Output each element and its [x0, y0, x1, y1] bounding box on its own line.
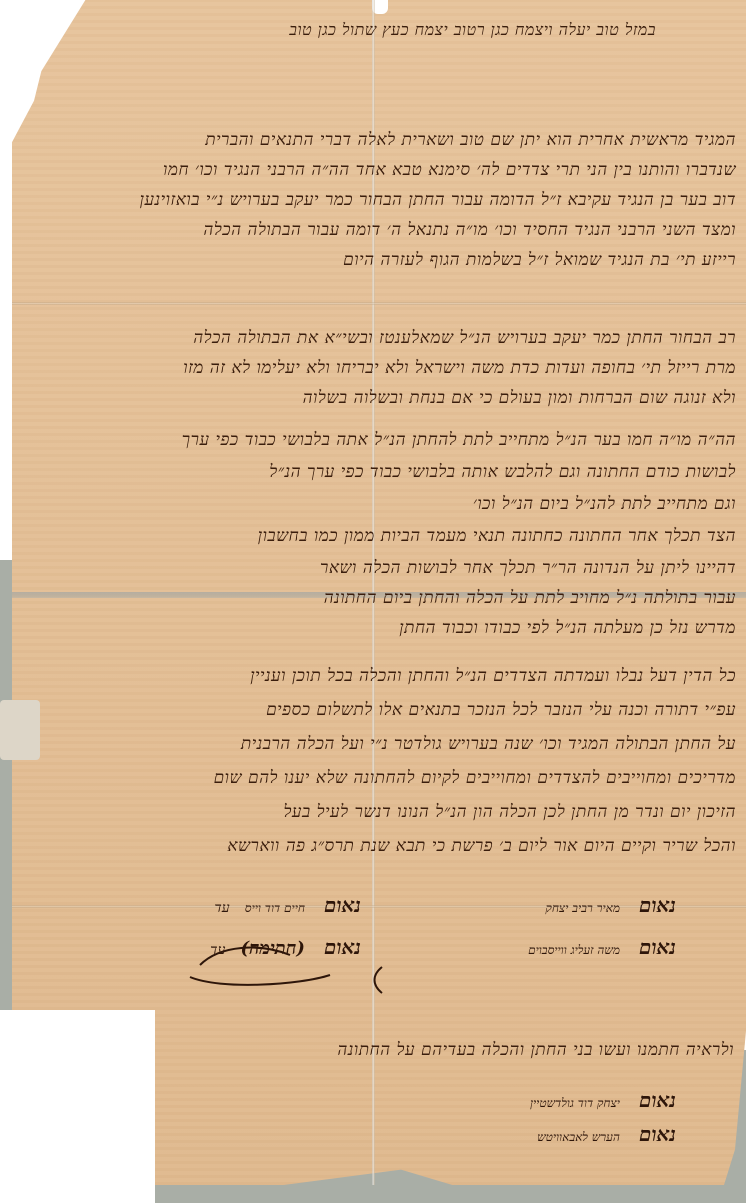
- paragraph-2-line-2: מרת רייזל תי׳ בחופה ועדות כדת משה וישראל…: [183, 358, 736, 378]
- signature-name: משה זעליג ווייסבוים: [528, 943, 620, 957]
- signature-bottom-1: נאום יצחק דוד גולדשטיין: [530, 1088, 676, 1113]
- fold-line-horizontal-1: [12, 302, 746, 305]
- paragraph-2-line-5: לבושות כודם החתונה וגם להלבש אותה בלבושי…: [269, 462, 736, 482]
- signature-name: יצחק דוד גולדשטיין: [530, 1096, 620, 1110]
- signature-name: חיים דוד וייס: [245, 901, 305, 915]
- paragraph-2-line-10: מדרש נזל כן מעלתה הנ״ל לפי כבודו וכבוד ה…: [399, 618, 736, 638]
- paragraph-1-line-3: דוב בער בן הנגיד עקיבא ז״ל הדומה עבור הח…: [140, 190, 736, 210]
- paragraph-2-line-6: וגם מתחייב לתת להנ״ל ביום הנ״ל וכו׳: [473, 494, 736, 514]
- signature-label: נאום: [639, 1122, 676, 1146]
- signature-role: עד: [210, 942, 225, 958]
- signature-witness-4: נאום (חתימה) עד: [210, 935, 361, 960]
- torn-patch-left: [0, 700, 40, 760]
- signature-label: נאום: [324, 893, 361, 917]
- paragraph-3-line-2: עפ״י דתורה וכנה עלי הנזבר לכל הנזכר בתנא…: [266, 700, 736, 720]
- paragraph-2-line-7: הצד תכלך אחר החתונה כחתונה תנאי מעמד הבי…: [258, 526, 736, 546]
- signature-name: הערש לאבאוויטש: [537, 1130, 620, 1144]
- paragraph-2-line-9: עבור בתולתה נ״ל מחויב לתת על הכלה והחתן …: [324, 588, 736, 608]
- paragraph-1-line-2: שנדברו והותנו בין הני תרי צדדים לה׳ סימנ…: [163, 160, 736, 180]
- signature-name: מאיר רביב יצחק: [545, 901, 620, 915]
- paragraph-3-line-3: על החתן הבתולה המגיד וכו׳ שנה בערויש גול…: [241, 734, 736, 754]
- paragraph-2-line-3: ולא זנוגה שום הברחות ומון בעולם כי אם בנ…: [303, 388, 736, 408]
- heading-line: במזל טוב יעלה ויצמח כגן רטוב יצמח כעץ שת…: [289, 20, 656, 40]
- signature-label: נאום: [639, 1088, 676, 1112]
- signature-name: (חתימה): [241, 938, 305, 959]
- blank-scan-area: [0, 1010, 155, 1203]
- paragraph-3-line-6: והכל שריר וקיים היום אור ליום ב׳ פרשת כי…: [227, 836, 736, 856]
- signature-witness-3: נאום חיים דוד וייס עד: [215, 893, 361, 918]
- paragraph-2-line-1: רב הבחור החתן כמר יעקב בערויש הנ״ל שמאלע…: [193, 328, 736, 348]
- signature-role: עד: [215, 900, 230, 916]
- paragraph-2-line-8: דהיינו ליתן על הנדונה הר״ר תכלך אחר לבוש…: [320, 558, 736, 578]
- signature-label: נאום: [639, 893, 676, 917]
- paragraph-2-line-4: הה״ה מו״ה חמו בער הנ״ל מתחייב לתת להחתן …: [182, 430, 736, 450]
- closing-line: ולראיה חתמנו ועשו בני החתן והכלה בעדיהם …: [337, 1040, 734, 1060]
- paragraph-1-line-5: רייזע תי׳ בת הנגיד שמואל ז״ל בשלמות הגוף…: [343, 250, 736, 270]
- signature-witness-1: נאום מאיר רביב יצחק: [545, 893, 676, 918]
- paragraph-1-line-1: המגיד מראשית אחרית הוא יתן שם טוב ושארית…: [205, 130, 736, 150]
- paragraph-3-line-1: כל הדין דעל נבלו ועמדתה הצדדים הנ״ל והחת…: [250, 666, 736, 686]
- signature-witness-2: נאום משה זעליג ווייסבוים: [528, 935, 676, 960]
- signature-label: נאום: [639, 935, 676, 959]
- paragraph-3-line-5: הזיכון יום ונדר מן החתן לכן הכלה הון הנ״…: [283, 802, 736, 822]
- paragraph-3-line-4: מדריכים ומחוייבים להצדדים ומחוייבים לקיו…: [214, 768, 736, 788]
- signature-label: נאום: [324, 935, 361, 959]
- signature-bottom-2: נאום הערש לאבאוויטש: [537, 1122, 676, 1147]
- paragraph-1-line-4: ומצד השני הרבני הנגיד החסיד וכו׳ מו״ה נת…: [203, 220, 736, 240]
